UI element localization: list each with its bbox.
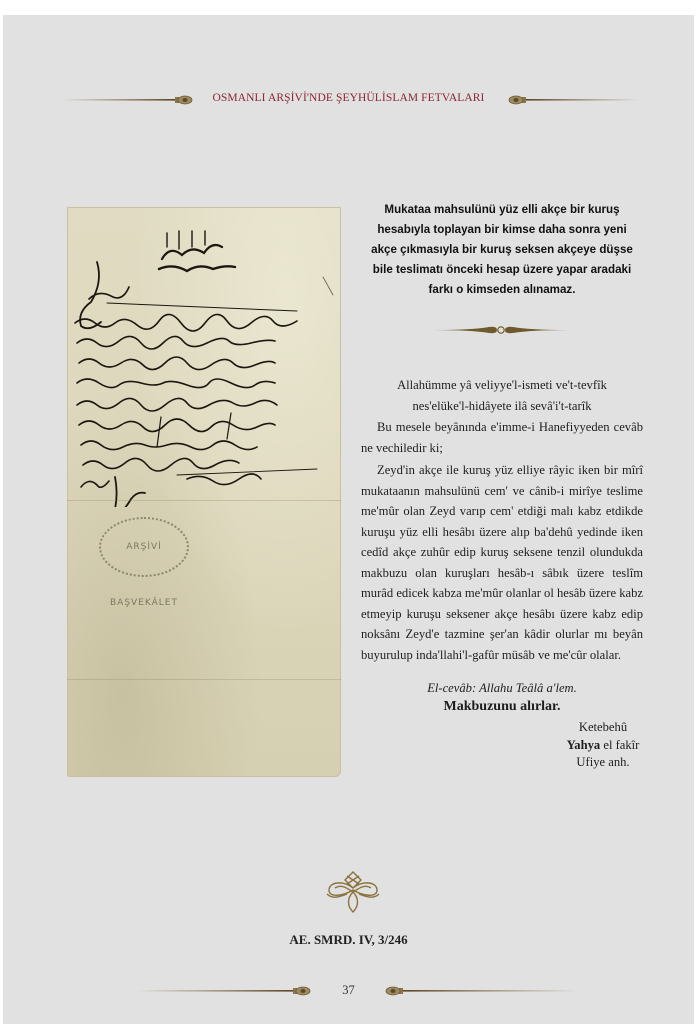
right-pin-ornament-icon: [508, 95, 640, 105]
answer-label: El-cevâb: Allahu Teâlâ a'lem.: [361, 678, 643, 699]
invocation: Allahümme yâ veliyye'l-ismeti ve't-tevfî…: [361, 375, 643, 416]
summary-line: bile teslimatı önceki hesap üzere yapar …: [355, 260, 649, 280]
fatwa-summary: Mukataa mahsulünü yüz elli akçe bir kuru…: [355, 200, 649, 300]
signature-line-3: Ufiye anh.: [543, 754, 663, 772]
fatwa-question: Zeyd'in akçe ile kuruş yüz elliye râyic …: [361, 460, 643, 665]
invocation-line: Allahümme yâ veliyye'l-ismeti ve't-tevfî…: [361, 375, 643, 396]
summary-line: hesabıyla toplayan bir kimse daha sonra …: [355, 220, 649, 240]
fold-line: [67, 679, 341, 680]
archive-stamp: ARŞİVİ BAŞVEKÂLET: [99, 517, 189, 577]
signature-title: el fakîr: [600, 738, 639, 752]
manuscript-image: ARŞİVİ BAŞVEKÂLET: [67, 207, 341, 777]
footer-right-pin-icon: [385, 986, 581, 996]
invocation-line: nes'elüke'l-hidâyete ilâ sevâ'i't-tarîk: [361, 396, 643, 417]
book-page: OSMANLI ARŞİVİ'NDE ŞEYHÜLİSLAM FETVALARI: [3, 15, 694, 1024]
archive-reference: AE. SMRD. IV, 3/246: [3, 932, 694, 948]
question-intro: Bu mesele beyânında e'imme-i Hanefiyyede…: [361, 417, 643, 458]
signature-line-1: Ketebehû: [543, 719, 663, 737]
fold-line: [67, 500, 341, 501]
signature-name: Yahya: [567, 738, 601, 752]
running-header: OSMANLI ARŞİVİ'NDE ŞEYHÜLİSLAM FETVALARI: [3, 92, 694, 108]
knot-ornament-icon: [325, 870, 381, 914]
arabic-handwriting: [67, 207, 341, 507]
signature: Ketebehû Yahya el fakîr Ufiye anh.: [543, 719, 663, 772]
signature-line-2: Yahya el fakîr: [543, 737, 663, 755]
page-number: 37: [3, 983, 694, 998]
summary-line: Mukataa mahsulünü yüz elli akçe bir kuru…: [355, 200, 649, 220]
summary-line: akçe çıkmasıyla bir kuruş seksen akçeye …: [355, 240, 649, 260]
fatwa-answer: Makbuzunu alırlar.: [361, 697, 643, 718]
scroll-divider-icon: [431, 323, 571, 337]
summary-line: farkı o kimseden alınamaz.: [355, 280, 649, 300]
